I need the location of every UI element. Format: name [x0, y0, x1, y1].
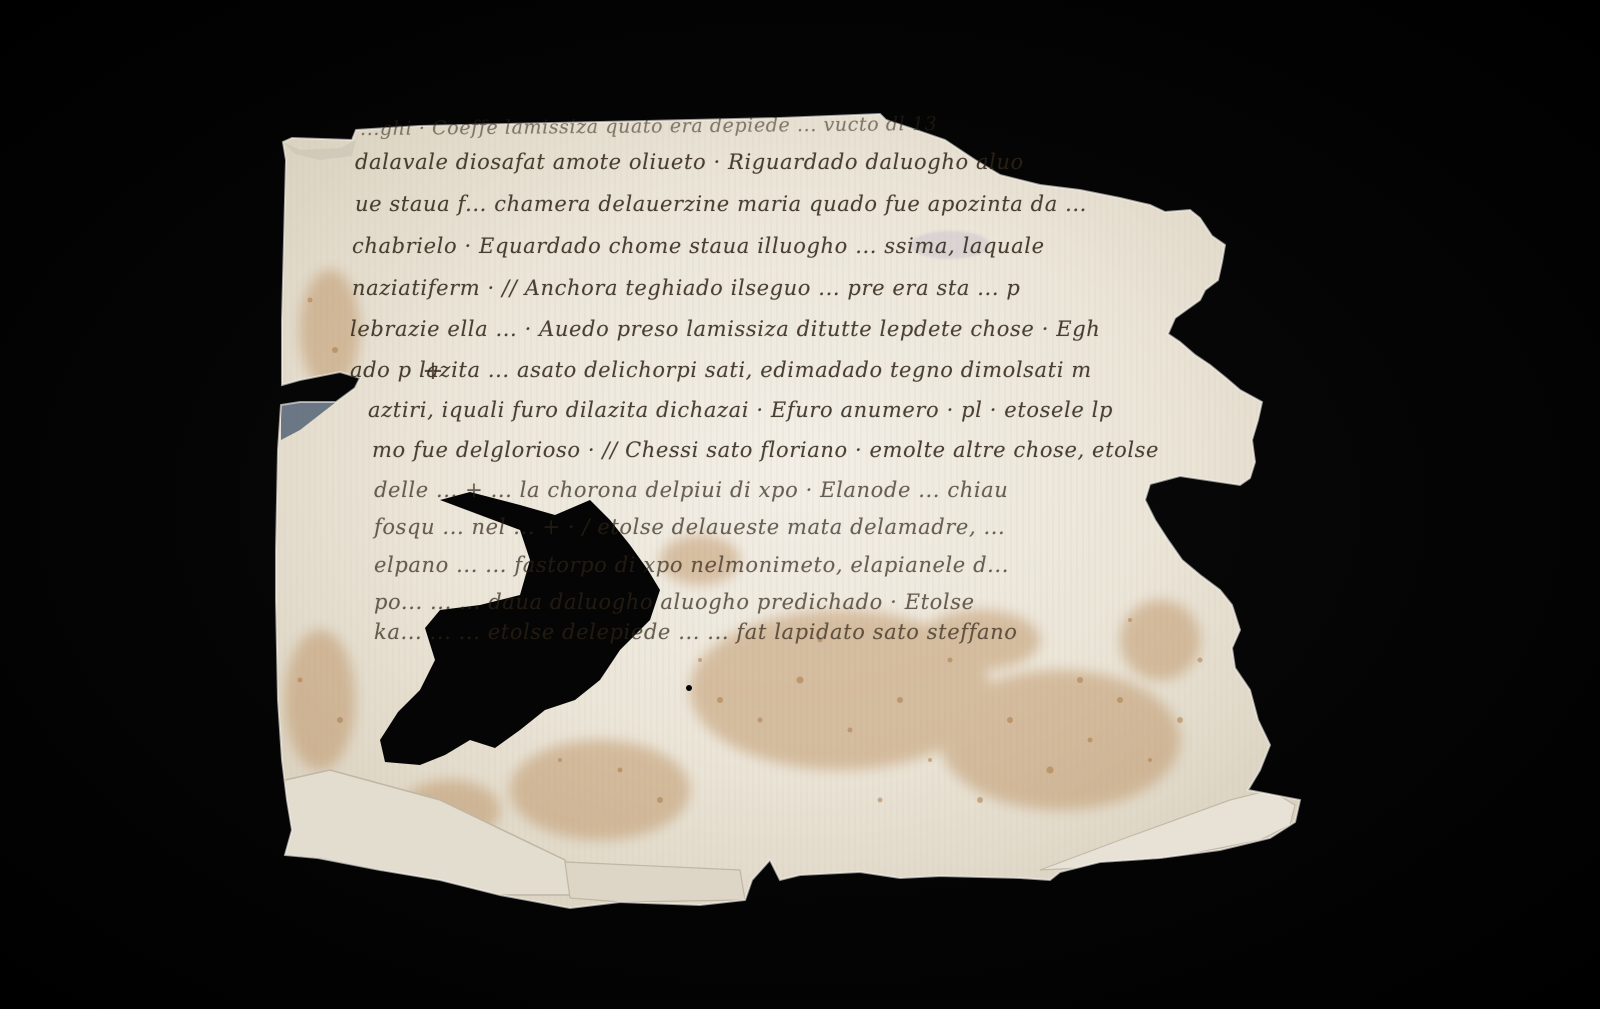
parchment-body	[260, 100, 1320, 920]
pin-hole	[686, 685, 692, 691]
photo-stage: ...ghi · Coeffe lamissiza quato era depi…	[0, 0, 1600, 1009]
manuscript-fragment	[0, 0, 1600, 1009]
ink-bleed	[910, 231, 990, 259]
